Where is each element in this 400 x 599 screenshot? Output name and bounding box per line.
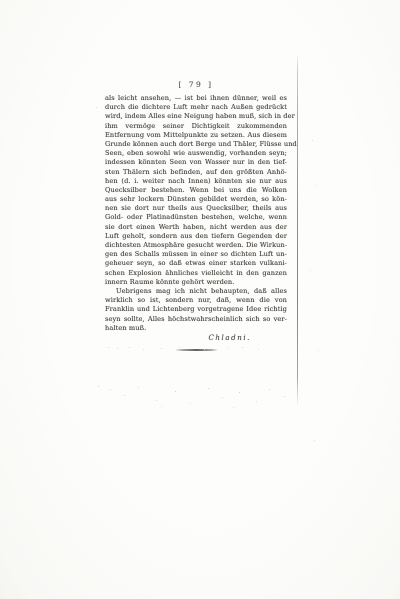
- text-line: Gold- oder Platinadünsten bestehen, welc…: [105, 213, 287, 222]
- text-line: seyn sollte, Alles höchstwahrscheinlich …: [105, 315, 287, 324]
- text-line: durch die dichtere Luft mehr nach Außen …: [105, 103, 287, 112]
- body-text-block: als leicht ansehen, — ist bei ihnen dünn…: [105, 94, 287, 351]
- scanned-book-page: [ 79 ] als leicht ansehen, — ist bei ihn…: [0, 0, 400, 599]
- text-line: geheuer seyn, so daß etwas einer starken…: [105, 259, 287, 268]
- text-line: ihm vermöge seiner Dichtigkeit zukommend…: [105, 122, 287, 131]
- scan-artifact-gutter-line: [297, 54, 298, 406]
- text-line: halten muß.: [105, 324, 287, 333]
- text-line: gen des Schalls müssen in einer so dicht…: [105, 250, 287, 259]
- text-line: wird, indem Alles eine Neigung haben muß…: [105, 112, 287, 121]
- scan-artifact-speckles: [108, 347, 109, 348]
- text-line: Luft geholt, sondern aus den tiefern Geg…: [105, 232, 287, 241]
- text-line: innern Raume könnte gehört werden.: [105, 278, 287, 287]
- text-line: hen (d. i. weiter nach Innen) könnten si…: [105, 177, 287, 186]
- scan-artifact-speckles: [98, 386, 99, 387]
- text-line: Seen, eben sowohl wie auswendig, vorhand…: [105, 149, 287, 158]
- page-number: [ 79 ]: [105, 80, 287, 89]
- text-line: dichtesten Atmosphäre gesucht werden. Di…: [105, 241, 287, 250]
- text-line: sie dort einen Werth haben, nicht werden…: [105, 223, 287, 232]
- scan-artifact-speckles: [312, 140, 313, 141]
- text-line: schen Explosion ähnliches vielleicht in …: [105, 269, 287, 278]
- text-line: aus sehr lockern Dünsten gebildet werden…: [105, 195, 287, 204]
- text-line: Grunde können auch dort Berge und Thäler…: [105, 140, 287, 149]
- text-line: indessen könnten Seen von Wasser nur in …: [105, 158, 287, 167]
- end-of-article-rule: [175, 349, 218, 351]
- text-line: wirklich so ist, sondern nur, daß, wenn …: [105, 296, 287, 305]
- text-line: Franklin und Lichtenberg vorgetragene Id…: [105, 305, 287, 314]
- text-line-paragraph-start: Uebrigens mag ich nicht behaupten, daß a…: [105, 287, 287, 296]
- text-line: sten Thälern sich befinden, auf den größ…: [105, 168, 287, 177]
- text-line: als leicht ansehen, — ist bei ihnen dünn…: [105, 94, 287, 103]
- author-signature: Chladni.: [105, 334, 287, 342]
- text-line: Quecksilber bestehen. Wenn bei uns die W…: [105, 186, 287, 195]
- text-line: Entfernung vom Mittelpunkte zu setzen. A…: [105, 131, 287, 140]
